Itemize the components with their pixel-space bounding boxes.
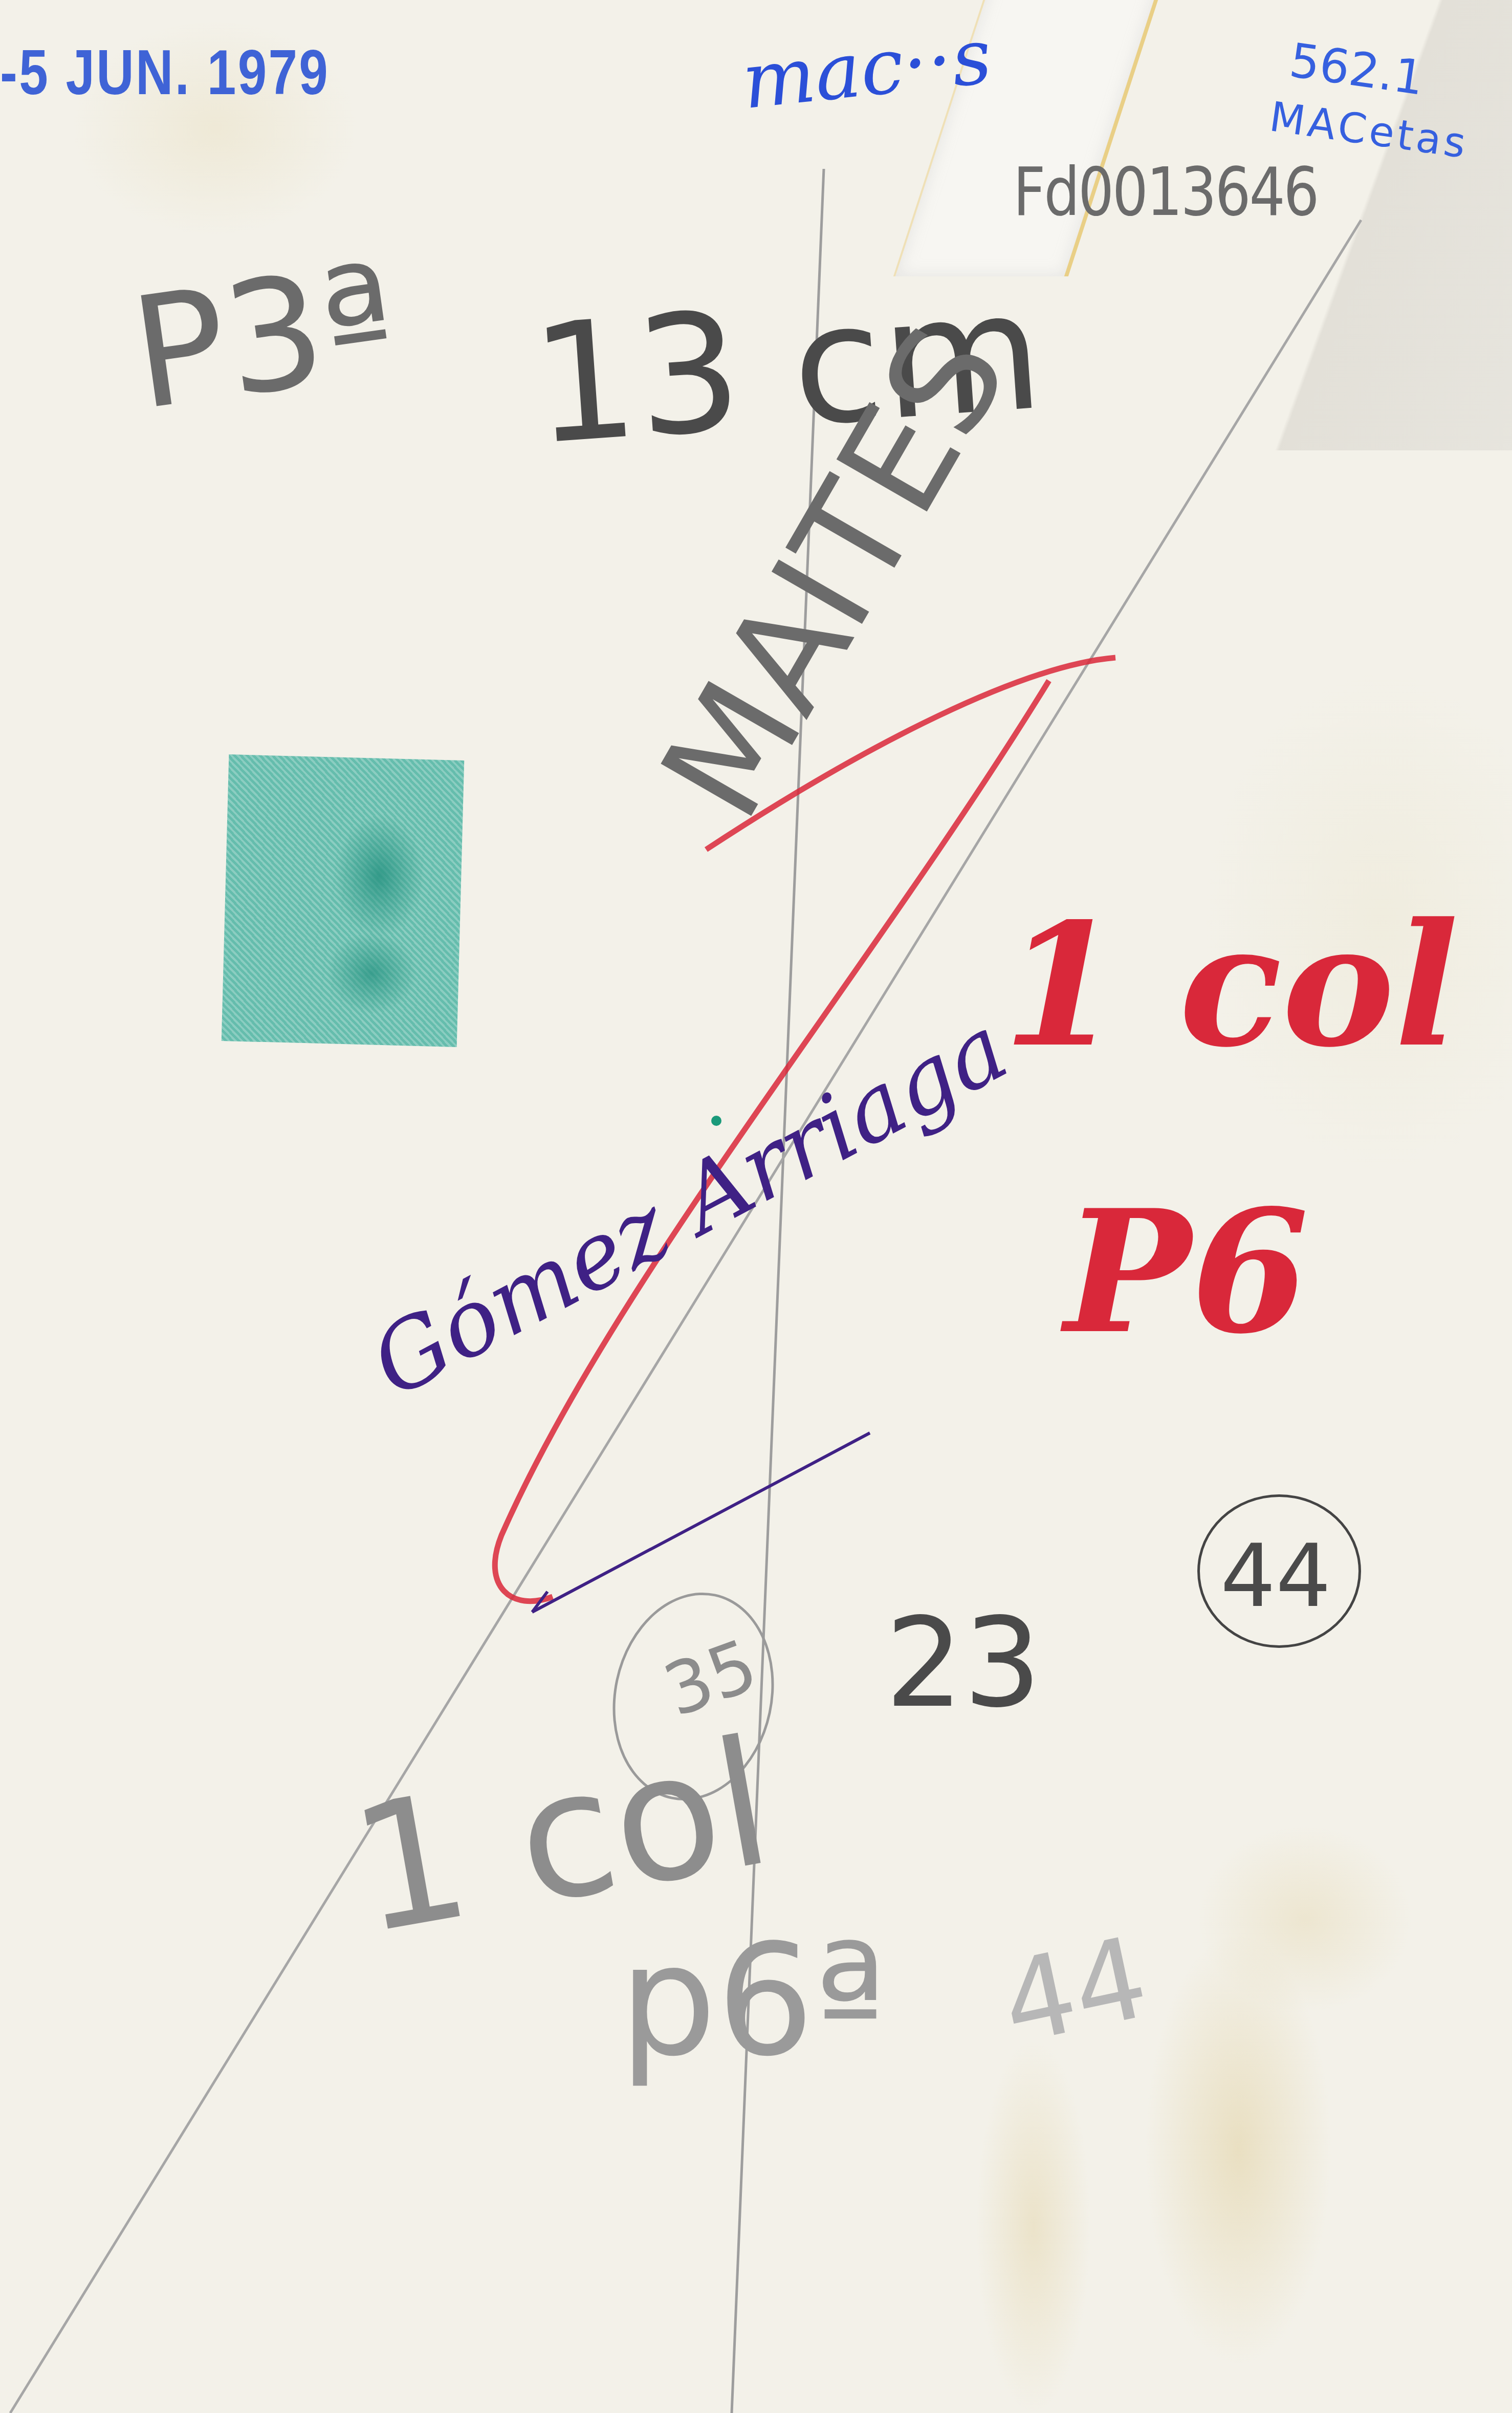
archive-id: Fd0013646 (1013, 159, 1318, 225)
circled-number-b: 44 (1220, 1533, 1331, 1620)
pencil-number: 23 (885, 1602, 1041, 1725)
red-layout-note-page: P6 (1064, 1187, 1309, 1356)
red-layout-note-column: 1 col (1003, 901, 1459, 1070)
date-stamp: -5 JUN. 1979 (0, 41, 330, 104)
green-ink-stamp (222, 754, 465, 1047)
faint-number: 44 (993, 1921, 1156, 2060)
bottom-page-reference: p6ª (619, 1924, 887, 2078)
green-ink-dot (711, 1116, 721, 1126)
page-reference: P3ª (124, 244, 405, 432)
violet-arrow-line (532, 1433, 870, 1612)
